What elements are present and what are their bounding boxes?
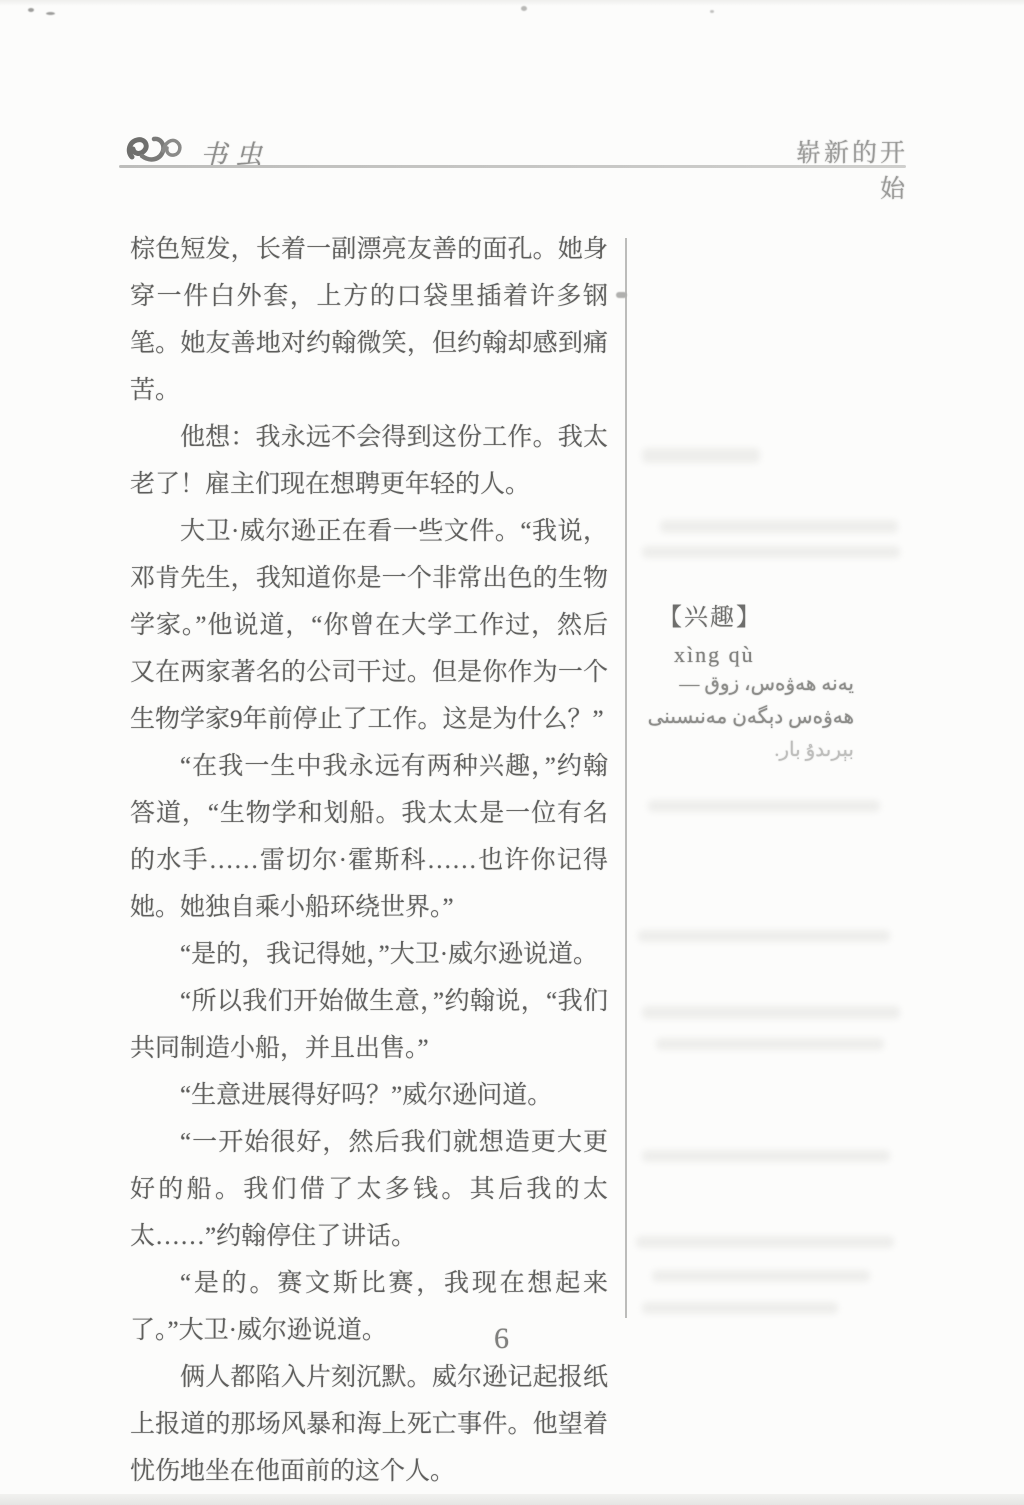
- scan-speck: [710, 10, 714, 13]
- body-text-column: 棕色短发，长着一副漂亮友善的面孔。她身穿一件白外套，上方的口袋里插着许多钢笔。她…: [130, 226, 608, 1495]
- vocab-uyghur-line: ھەۋەس دېگەن مەنىسىنى: [640, 701, 854, 734]
- body-paragraph: “所以我们开始做生意，”约翰说，“我们共同制造小船，并且出售。”: [130, 978, 608, 1072]
- bleed-through-artifact: [636, 1236, 894, 1248]
- body-paragraph: 俩人都陷入片刻沉默。威尔逊记起报纸上报道的那场风暴和海上死亡事件。他望着忧伤地坐…: [130, 1354, 608, 1495]
- scanned-book-page: 书虫 崭新的开始 棕色短发，长着一副漂亮友善的面孔。她身穿一件白外套，上方的口袋…: [0, 0, 1024, 1505]
- scan-edge-shade-bottom: [0, 1494, 1024, 1505]
- bleed-through-artifact: [642, 1150, 890, 1162]
- column-divider: [625, 238, 627, 1318]
- body-paragraph: 大卫·威尔逊正在看一些文件。“我说，邓肯先生，我知道你是一个非常出色的生物学家。…: [130, 508, 608, 743]
- bookworm-swirl-icon: [126, 130, 184, 170]
- vocab-uyghur-line: يەنە ھەۋەس، زوق —: [640, 668, 854, 701]
- bleed-through-artifact: [660, 520, 898, 533]
- body-paragraph: 棕色短发，长着一副漂亮友善的面孔。她身穿一件白外套，上方的口袋里插着许多钢笔。她…: [130, 226, 608, 414]
- bleed-through-artifact: [648, 800, 880, 812]
- header-rule: [119, 165, 906, 168]
- scan-edge-shade-top: [0, 0, 1024, 6]
- chapter-title: 崭新的开始: [776, 133, 908, 205]
- scan-speck: [28, 8, 34, 12]
- vocab-uyghur-line: بېرىدۇ بار.: [640, 734, 854, 767]
- bleed-through-artifact: [642, 546, 900, 558]
- bleed-through-artifact: [638, 930, 890, 942]
- bleed-through-artifact: [642, 1006, 900, 1019]
- page-number: 6: [494, 1322, 509, 1356]
- body-paragraph: “生意进展得好吗？”威尔逊问道。: [130, 1072, 608, 1119]
- bleed-through-artifact: [652, 1270, 870, 1282]
- bleed-through-artifact: [656, 1038, 884, 1050]
- vocab-uyghur-gloss: يەنە ھەۋەس، زوق —ھەۋەس دېگەن مەنىسىنىبېر…: [640, 668, 854, 767]
- bleed-through-artifact: [642, 1302, 838, 1314]
- vocab-pinyin: xìng qù: [674, 642, 755, 668]
- scan-speck: [616, 292, 627, 298]
- vocab-headword: 【兴趣】: [658, 597, 762, 632]
- body-paragraph: 他想：我永远不会得到这份工作。我太老了！雇主们现在想聘更年轻的人。: [130, 414, 608, 508]
- body-paragraph: “是的，我记得她，”大卫·威尔逊说道。: [130, 931, 608, 978]
- body-paragraph: “在我一生中我永远有两种兴趣，”约翰答道，“生物学和划船。我太太是一位有名的水手…: [130, 743, 608, 931]
- body-paragraph: “一开始很好，然后我们就想造更大更好的船。我们借了太多钱。其后我的太太……”约翰…: [130, 1119, 608, 1260]
- scan-speck: [521, 6, 527, 11]
- body-paragraph: “是的。赛文斯比赛，我现在想起来了。”大卫·威尔逊说道。: [130, 1260, 608, 1354]
- scan-speck: [46, 12, 55, 15]
- bleed-through-artifact: [642, 448, 760, 463]
